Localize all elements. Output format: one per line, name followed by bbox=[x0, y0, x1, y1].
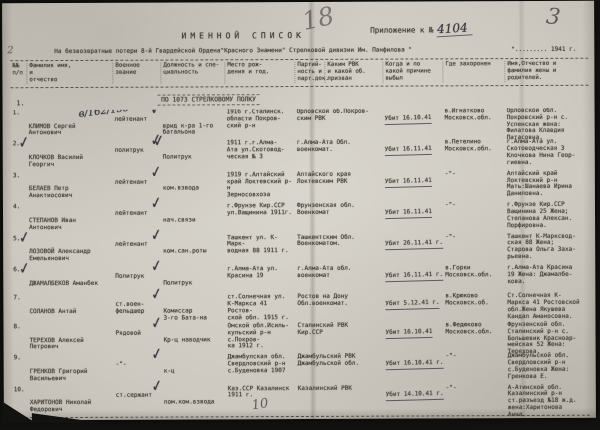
cell-name: БЕЛАЕВ Петр Анактиосович bbox=[27, 173, 113, 208]
header-position: Должность и спе- циальность bbox=[160, 62, 224, 83]
cell-position-text: Политрук bbox=[163, 153, 192, 160]
regiment-section-title-text: ПО 1073 СТРЕЛКОВОМУ ПОЛКУ bbox=[157, 94, 260, 105]
cell-rank-text: Рядовой bbox=[116, 329, 141, 336]
cell-name-text: КЛОЧКОВ Василий Георгич bbox=[29, 154, 83, 168]
cell-rank-text: ст.сержант bbox=[116, 392, 152, 399]
cell-position: ✓ ком.сан.роты bbox=[161, 235, 225, 256]
cell-casualty-text: Убит 26.11.41 г. bbox=[385, 240, 443, 250]
cell-rank-text: Политрук bbox=[115, 272, 144, 279]
table-row: 2. ✓ КЛОЧКОВ Василий Георгич политрук ✓ … bbox=[11, 139, 589, 173]
table-body: 1. КЛИМОВ Сергей Антонович в/162/155 лей… bbox=[11, 108, 590, 419]
cell-rank: политрук ✓ bbox=[113, 141, 161, 162]
document-subtitle: На безвозвратные потери 8-й Гвардейской … bbox=[54, 46, 576, 55]
cell-relatives: г.Алма-Ата Красина 19 Жена: Джамалбе- ко… bbox=[505, 265, 589, 286]
cell-drafted-by: Сталинский РВК Кир.ССР bbox=[295, 323, 383, 337]
cell-position: ✓ Политрук bbox=[161, 141, 225, 162]
header-casualty: Когда и по какой причине выбыл bbox=[382, 61, 442, 82]
cell-birthplace: Джамбулская обл. Свердловский р-н с.Буде… bbox=[226, 354, 296, 375]
cell-rank-text: -"- bbox=[116, 361, 127, 368]
table-row: 1. КЛИМОВ Сергей Антонович в/162/155 лей… bbox=[11, 108, 589, 142]
cell-casualty-text: Убит 16.11.41 г. bbox=[385, 271, 443, 281]
cell-casualty: Убит 16.11.41 г. bbox=[383, 265, 443, 281]
cell-name-text: СОЛАНОВ Антай bbox=[29, 308, 76, 315]
cell-name: ✓ КЛОЧКОВ Василий Георгич bbox=[27, 141, 113, 176]
table-row: 6. ✓ ДЖАМАЛБЕКОВ Аманбек Политрук ✓ Поли… bbox=[11, 265, 589, 296]
regiment-section-title: ПО 1073 СТРЕЛКОВОМУ ПОЛКУ bbox=[2, 93, 414, 106]
cell-birthplace: г.Алма-Ата ул. Красина 19 bbox=[225, 266, 295, 280]
header-name: Фамилия имя, и отчество bbox=[26, 63, 112, 84]
cell-row-number: 7. bbox=[11, 296, 27, 303]
cell-position: ✓ врид к-ра 1-го батальона bbox=[161, 109, 225, 137]
cell-relatives: Ст.Солнечная К- Маркса 41 Ростовской обл… bbox=[505, 293, 589, 321]
cell-name: ✓ ЛОЗОВОЙ Александр Емельянович bbox=[27, 235, 113, 270]
cell-casualty-text: Убит 16.10.41 bbox=[385, 115, 432, 125]
cell-position-text: Политрук bbox=[163, 279, 192, 286]
cell-drafted-by: Алтайского края Локтевским РВК bbox=[295, 171, 383, 185]
cell-name-text: БЕЛАЕВ Петр Анактиосович bbox=[29, 185, 72, 199]
cell-birthplace: ст.Солнечная ул. К-Маркса 41 Ростов- ско… bbox=[225, 294, 295, 322]
cell-rank: лейтенант bbox=[113, 172, 161, 193]
cell-rank: ст.воен- фельдшер bbox=[113, 295, 161, 323]
cell-name: КЛИМОВ Сергей Антонович в/162/155 bbox=[27, 110, 113, 145]
cell-casualty: Убит 5.12.41 г. bbox=[383, 294, 443, 310]
cell-position-text: ком.взвода bbox=[163, 185, 199, 192]
table-row: 7. СОЛАНОВ Антай ст.воен- фельдшер ✓ Ком… bbox=[11, 293, 589, 324]
cell-position: ✓ Кр-ц наводчик bbox=[161, 323, 225, 344]
cell-burial-place: -"- bbox=[443, 171, 505, 178]
cell-position-text: врид к-ра 1-го батальона bbox=[163, 122, 214, 136]
cell-row-number: 1. bbox=[11, 110, 27, 117]
cell-position-text: ком.сан.роты bbox=[163, 248, 206, 255]
cell-position-text: нач.связи bbox=[163, 216, 196, 223]
cell-name-text: ТЕРЕХОВ Алексей Петрович bbox=[30, 336, 84, 350]
paper-tear-corner bbox=[2, 401, 36, 423]
cell-rank-text: лейтенант bbox=[115, 178, 148, 185]
cell-rank-text: лейтенант bbox=[115, 210, 148, 217]
cell-birthplace: 1919 г.Алтайский край Локтевский р-н Зер… bbox=[225, 172, 295, 200]
cell-casualty: Убит 16.10.41 г. bbox=[384, 354, 444, 370]
table-row: 4. СТЕПАНОВ Иван Антонович лейтенант ✓ н… bbox=[11, 202, 589, 236]
cell-drafted-by: Фрунзенская обл. Военкомат bbox=[295, 203, 383, 217]
header-birthplace: Место рож- дения и год. bbox=[224, 62, 294, 83]
cell-position-text: пом.ком.взвода bbox=[164, 399, 215, 406]
cell-birthplace: 1911 г.г.Алма- Ата ул.Скотовод- ческая №… bbox=[225, 140, 295, 161]
cell-casualty-text: Убит 16.11.41 bbox=[385, 178, 432, 188]
header-burial-place: Где захоронен bbox=[442, 61, 504, 82]
cell-rank: лейтенант bbox=[113, 110, 161, 131]
cell-position-text: к-ц bbox=[164, 367, 175, 374]
subtitle-date: "......... 1941 г. bbox=[511, 46, 576, 53]
cell-rank: лейтенант bbox=[113, 204, 161, 225]
cell-row-number: 8. bbox=[11, 324, 27, 331]
cell-name: СОЛАНОВ Антай bbox=[27, 295, 113, 323]
cell-position: ✓ Комиссар 3-го Бата-на bbox=[161, 295, 225, 323]
cell-name: СТЕПАНОВ Иван Антонович bbox=[27, 204, 113, 239]
cell-burial-place: -"- bbox=[443, 234, 505, 241]
cell-rank: ст.сержант bbox=[114, 386, 162, 407]
handwritten-bottom-mark: 10 bbox=[251, 396, 270, 413]
cell-relatives: Джамбульской обл. Свердловский р-н с.Буд… bbox=[506, 353, 590, 381]
cell-name-text: ХАРИТОНОВ Николай Федорович bbox=[30, 399, 91, 413]
cell-rank: -"- bbox=[114, 355, 162, 376]
cell-rank: лейтенант bbox=[113, 235, 161, 256]
header-relatives: Имя,Отчество и фамилия жены и родителей. bbox=[504, 61, 588, 82]
header-num: №№ п/п bbox=[10, 63, 26, 84]
scanned-document-page: 3 18 Приложение к №4104 ИМЕННОЙ СПИСОК Н… bbox=[2, 1, 596, 421]
cell-relatives: Ташкент К-Марксвод- ская 88 Жена; Старов… bbox=[505, 233, 589, 261]
cell-row-number: 10. bbox=[12, 387, 28, 394]
table-row: 9. ГРЕНКОВ Григорий Васильевич -"- ✓ к-ц… bbox=[12, 353, 590, 387]
margin-annotation: 2 bbox=[7, 45, 13, 56]
cell-name-text: КЛИМОВ Сергей Антонович bbox=[29, 123, 76, 137]
cell-position-text: Кр-ц наводчик bbox=[164, 336, 211, 343]
cell-drafted-by: Казалинский РВК bbox=[296, 385, 384, 392]
cell-casualty: Убит 26.11.41 г. bbox=[383, 234, 443, 250]
cell-rank-text: политрук bbox=[115, 147, 144, 154]
cell-drafted-by: Ташкентским Обл. Военкоматом. bbox=[295, 234, 383, 248]
table-header: №№ п/п Фамилия имя, и отчество Военное з… bbox=[10, 58, 588, 88]
cell-relatives: Алтайский край Локтевский р-н Мать:Шанае… bbox=[505, 170, 589, 198]
cell-birthplace: Омской обл.Исиль- кульский р-н с.Покров-… bbox=[225, 323, 295, 351]
cell-relatives: А-Атинской обл. Казалинский р-н ст.разъе… bbox=[506, 384, 590, 418]
cell-rank: Политрук bbox=[113, 266, 161, 287]
cell-rank: Рядовой bbox=[113, 323, 161, 344]
cell-casualty: Убит 16.11.41 bbox=[383, 140, 443, 156]
table-row: 5. ✓ ЛОЗОВОЙ Александр Емельянович лейте… bbox=[11, 233, 589, 267]
cell-casualty-text: Убит 14.10.41 г. bbox=[386, 391, 444, 401]
subtitle-text: На безвозвратные потери 8-й Гвардейской … bbox=[54, 47, 412, 56]
cell-burial-place: в.Петелино Московск.обл. bbox=[443, 139, 505, 153]
table-row: 8. ТЕРЕХОВ Алексей Петрович Рядовой ✓ Кр… bbox=[11, 322, 589, 356]
cell-drafted-by: Джамбульский РВК Джамбульской обл. bbox=[296, 354, 384, 368]
cell-birthplace: Ташкент ул. К-Марк- водная 88 1911 г. bbox=[225, 235, 295, 256]
cell-name: ТЕРЕХОВ Алексей Петрович bbox=[27, 324, 113, 359]
cell-rank-text: лейтенант bbox=[115, 241, 148, 248]
cell-row-number: 3. bbox=[11, 173, 27, 180]
header-rank: Военное звание bbox=[112, 63, 160, 84]
cell-casualty: Убит 16.10.41 bbox=[383, 108, 443, 124]
cell-position: ✓ к-ц bbox=[162, 355, 226, 376]
cell-position-text: Комиссар 3-го Бата-на bbox=[163, 307, 206, 321]
cell-row-number: 2. bbox=[11, 142, 27, 149]
table-row: 3. БЕЛАЕВ Петр Анактиосович лейтенант ✓ … bbox=[11, 170, 589, 204]
cell-row-number: 6. bbox=[11, 267, 27, 274]
cell-row-number: 5. bbox=[11, 236, 27, 243]
cell-name-text: СТЕПАНОВ Иван Антонович bbox=[29, 217, 76, 231]
cell-casualty: Убит 16.11.41 bbox=[383, 202, 443, 218]
cell-name-text: ГРЕНКОВ Григорий Васильевич bbox=[30, 368, 88, 382]
cell-position: ✓ нач.связи bbox=[161, 203, 225, 224]
cell-burial-place: в.Федюково Московск.обл. bbox=[443, 322, 505, 336]
cell-name-text: ЛОЗОВОЙ Александр Емельянович bbox=[29, 248, 90, 262]
cell-casualty-text: Убит 5.12.41 г. bbox=[385, 300, 439, 310]
cell-burial-place: в.Игнатково Московск.обл. bbox=[443, 108, 505, 122]
header-party: Партий- ность и парт.док. bbox=[294, 62, 324, 83]
cell-burial-place: -"- bbox=[444, 353, 506, 360]
cell-position: ✓ ком.взвода bbox=[161, 172, 225, 193]
cell-burial-place: в.Крюково Московск.об. bbox=[443, 293, 505, 307]
document-title: ИМЕННОЙ СПИСОК bbox=[2, 30, 484, 41]
cell-casualty-text: Убит 16.10.41 г. bbox=[386, 360, 444, 370]
cell-row-number: 9. bbox=[12, 355, 28, 362]
cell-name-text: ДЖАМАЛБЕКОВ Аманбек bbox=[29, 279, 98, 286]
cell-rank-text: ст.воен- фельдшер bbox=[115, 301, 144, 315]
cell-burial-place: в.Горки Московск.обл. bbox=[443, 265, 505, 279]
cell-position: ✓ пом.ком.взвода bbox=[162, 386, 226, 407]
cell-burial-place: -"- bbox=[443, 202, 505, 209]
cell-drafted-by: Орловской об.Покров- ским РВК bbox=[295, 109, 383, 123]
cell-casualty: Убит 16.10.41 bbox=[383, 322, 443, 338]
cell-name: ГРЕНКОВ Григорий Васильевич bbox=[28, 355, 114, 390]
cell-birthplace: 1916 г.Сталинск. области Покров- ский р-… bbox=[225, 109, 295, 130]
cell-relatives: г.Фрунзе Кир.ССР Ващинина 25 Жена; Степа… bbox=[505, 202, 589, 230]
cell-row-number: 4. bbox=[11, 204, 27, 211]
paper-tear-edge bbox=[32, 413, 102, 423]
handwritten-page-number: 3 bbox=[545, 4, 562, 30]
cell-casualty-text: Убит 16.11.41 bbox=[385, 146, 432, 156]
cell-relatives: г.Алма-Ата ул. Скотоводческая 3 Клочкова… bbox=[505, 139, 589, 167]
header-drafted-by: Каким РВК и какой об. призван bbox=[324, 62, 382, 83]
cell-drafted-by: Ростов на Дону Обл.военкомат. bbox=[295, 294, 383, 308]
cell-casualty-text: Убит 16.10.41 bbox=[385, 329, 432, 339]
cell-name: ✓ ДЖАМАЛБЕКОВ Аманбек bbox=[27, 267, 113, 295]
cell-burial-place: -"- bbox=[444, 385, 506, 392]
cell-drafted-by: г.Алма-Ата Обл. военкомат. bbox=[295, 140, 383, 154]
cell-position: ✓ Политрук bbox=[161, 266, 225, 287]
cell-rank-text: лейтенант bbox=[115, 115, 148, 122]
cell-birthplace: г.Фрунзе Кир.ССР ул.Ващинина 1911г. bbox=[225, 203, 295, 217]
cell-drafted-by: г.Алма-Ата обл. военкомат bbox=[295, 266, 383, 280]
cell-casualty-text: Убит 16.11.41 bbox=[385, 209, 432, 219]
cell-casualty: Убит 16.11.41 bbox=[383, 171, 443, 187]
cell-casualty: Убит 14.10.41 г. bbox=[384, 385, 444, 401]
